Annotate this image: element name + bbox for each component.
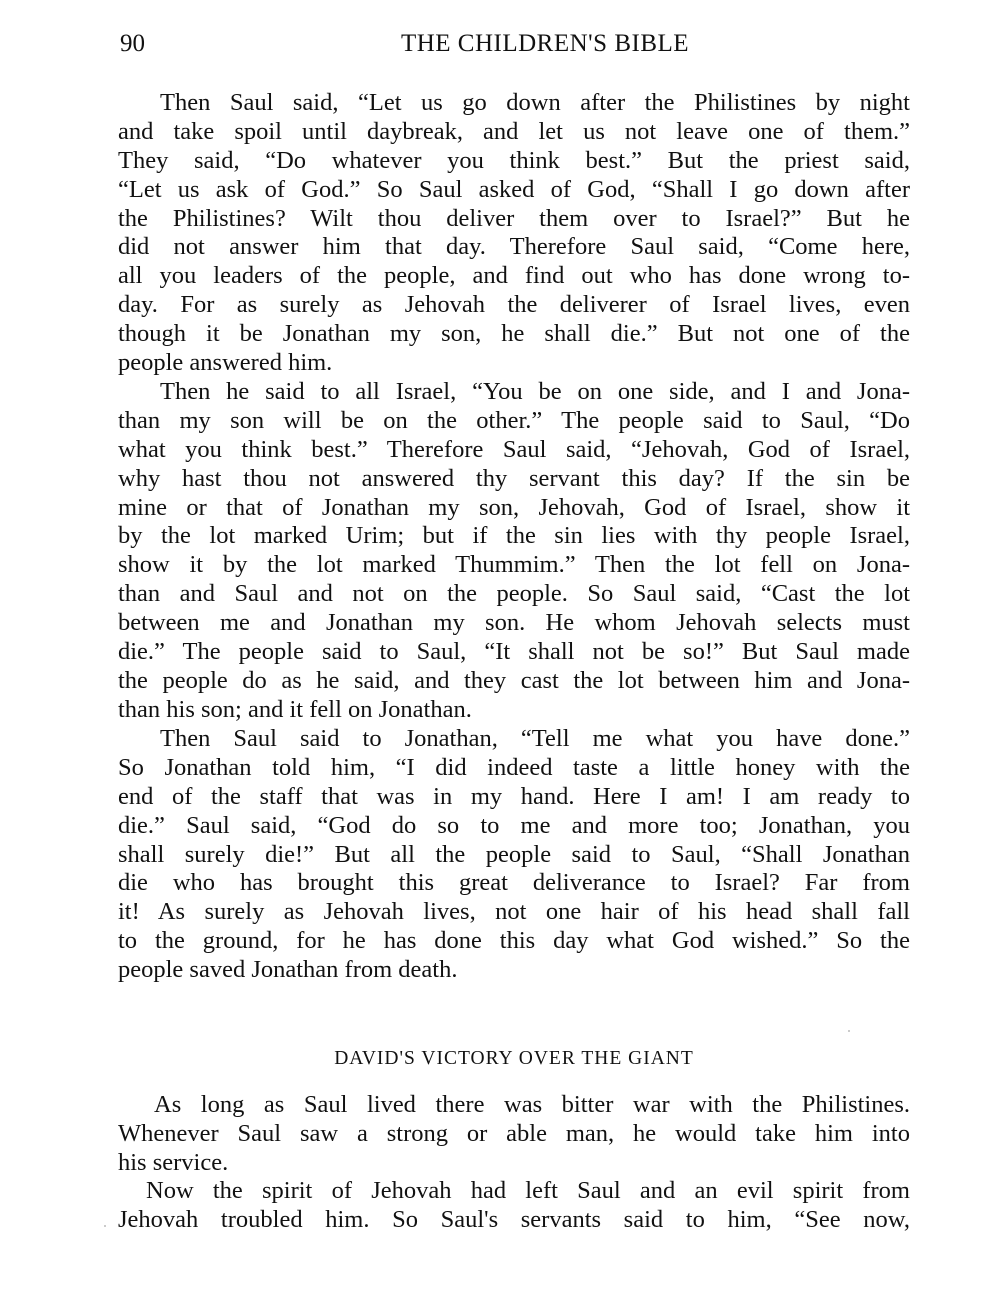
section-title: DAVID'S VICTORY OVER THE GIANT [118, 1048, 910, 1070]
text-line: did not answer him that day. Therefore S… [118, 233, 910, 262]
text-line: and take spoil until daybreak, and let u… [118, 118, 910, 147]
text-line: than his son; and it fell on Jonathan. [118, 696, 910, 725]
text-line: end of the staff that was in my hand. He… [118, 783, 910, 812]
scan-speck [104, 1225, 106, 1227]
text-line: shall surely die!” But all the people sa… [118, 841, 910, 870]
text-line: what you think best.” Therefore Saul sai… [118, 436, 910, 465]
text-line: die.” The people said to Saul, “It shall… [118, 638, 910, 667]
text-line: Jehovah troubled him. So Saul's servants… [118, 1206, 910, 1235]
text-line: die.” Saul said, “God do so to me and mo… [118, 812, 910, 841]
scan-speck [848, 1030, 850, 1032]
text-line: Then he said to all Israel, “You be on o… [118, 378, 910, 407]
paragraph-2: Then he said to all Israel, “You be on o… [118, 378, 910, 725]
text-line: though it be Jonathan my son, he shall d… [118, 320, 910, 349]
text-line: the people do as he said, and they cast … [118, 667, 910, 696]
text-line: all you leaders of the people, and find … [118, 262, 910, 291]
text-line: it! As surely as Jehovah lives, not one … [118, 898, 910, 927]
text-line: Now the spirit of Jehovah had left Saul … [118, 1177, 910, 1206]
text-line: “Let us ask of God.” So Saul asked of Go… [118, 176, 910, 205]
page-header: 90 THE CHILDREN'S BIBLE [120, 30, 910, 70]
paragraph-3: Then Saul said to Jonathan, “Tell me wha… [118, 725, 910, 985]
text-line: the Philistines? Wilt thou deliver them … [118, 205, 910, 234]
text-line: So Jonathan told him, “I did indeed tast… [118, 754, 910, 783]
text-line: people answered him. [118, 349, 910, 378]
text-line: people saved Jonathan from death. [118, 956, 910, 985]
text-line: Then Saul said to Jonathan, “Tell me wha… [118, 725, 910, 754]
text-line: They said, “Do whatever you think best.”… [118, 147, 910, 176]
section-paragraph-1: As long as Saul lived there was bitter w… [118, 1091, 910, 1178]
text-line: by the lot marked Urim; but if the sin l… [118, 522, 910, 551]
text-line: day. For as surely as Jehovah the delive… [118, 291, 910, 320]
text-line: than my son will be on the other.” The p… [118, 407, 910, 436]
text-line: die who has brought this great deliveran… [118, 869, 910, 898]
text-line: his service. [118, 1149, 910, 1178]
text-line: Whenever Saul saw a strong or able man, … [118, 1120, 910, 1149]
paragraph-1: Then Saul said, “Let us go down after th… [118, 89, 910, 378]
text-line: As long as Saul lived there was bitter w… [118, 1091, 910, 1120]
text-line: between me and Jonathan my son. He whom … [118, 609, 910, 638]
running-title: THE CHILDREN'S BIBLE [120, 30, 910, 58]
text-line: why hast thou not answered thy servant t… [118, 465, 910, 494]
text-line: show it by the lot marked Thummim.” Then… [118, 551, 910, 580]
text-line: than and Saul and not on the people. So … [118, 580, 910, 609]
text-line: Then Saul said, “Let us go down after th… [118, 89, 910, 118]
section-paragraph-2: Now the spirit of Jehovah had left Saul … [118, 1177, 910, 1235]
text-line: mine or that of Jonathan my son, Jehovah… [118, 494, 910, 523]
text-line: to the ground, for he has done this day … [118, 927, 910, 956]
